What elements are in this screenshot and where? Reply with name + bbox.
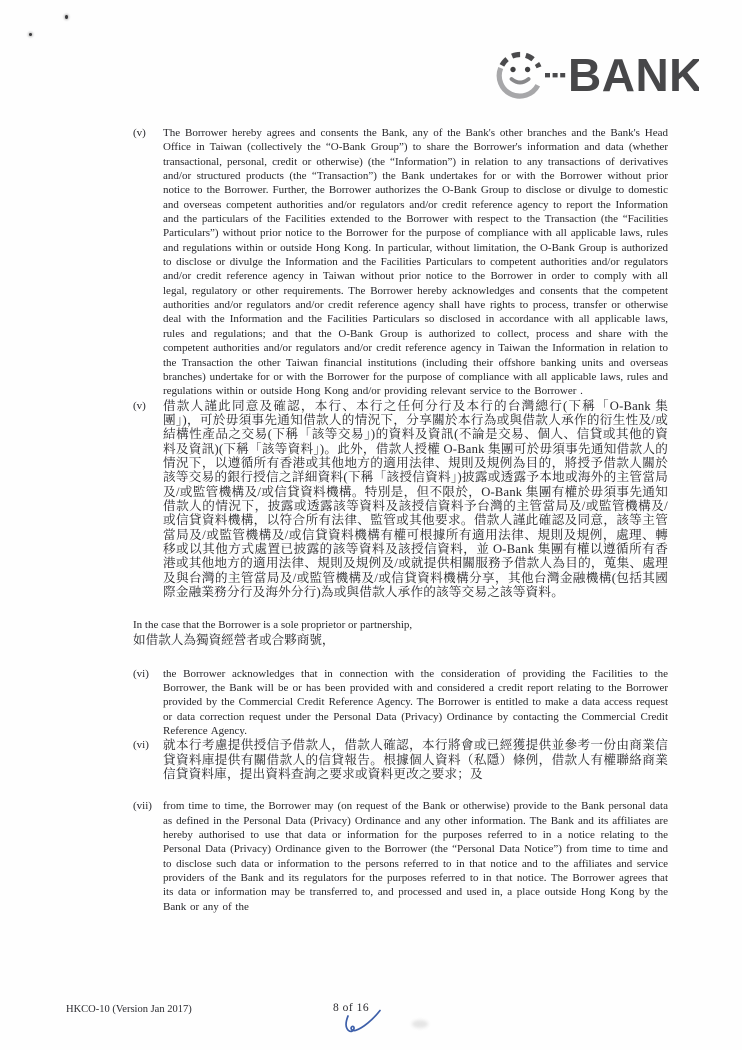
scan-smudge: [412, 1020, 428, 1028]
scan-speck: [65, 15, 68, 19]
clause-text: 就本行考慮提供授信予借款人，借款人確認，本行將會或已經獲提供並參考一份由商業信貸…: [163, 738, 668, 781]
obank-logo: BANK: [494, 44, 699, 104]
interlude-en-line: In the case that the Borrower is a sole …: [133, 618, 668, 633]
clause-vi-zh: (vi) 就本行考慮提供授信予借款人，借款人確認，本行將會或已經獲提供並參考一份…: [133, 738, 668, 781]
clause-marker: (v): [133, 126, 163, 140]
clause-v-en: (v) The Borrower hereby agrees and conse…: [133, 126, 668, 399]
document-page: BANK (v) The Borrower hereby agrees and …: [0, 0, 742, 1050]
scan-speck: [29, 33, 32, 36]
clause-text: the Borrower acknowledges that in connec…: [163, 667, 668, 739]
clause-vii-en: (vii) from time to time, the Borrower ma…: [133, 799, 668, 914]
brand-text: BANK: [568, 49, 699, 101]
clause-marker: (v): [133, 399, 163, 413]
pen-squiggle-icon: [336, 1006, 398, 1044]
clause-marker: (vii): [133, 799, 163, 813]
clause-text: The Borrower hereby agrees and consents …: [163, 126, 668, 399]
clause-v-zh: (v) 借款人謹此同意及確認，本行、本行之任何分行及本行的台灣總行(下稱「O-B…: [133, 399, 668, 600]
clause-text: from time to time, the Borrower may (on …: [163, 799, 668, 914]
clause-vi-en: (vi) the Borrower acknowledges that in c…: [133, 667, 668, 739]
doc-ref: HKCO-10 (Version Jan 2017): [66, 1004, 192, 1015]
clause-marker: (vi): [133, 738, 163, 752]
smiley-icon: BANK: [494, 44, 699, 104]
clause-marker: (vi): [133, 667, 163, 681]
clause-text: 借款人謹此同意及確認，本行、本行之任何分行及本行的台灣總行(下稱「O-Bank …: [163, 399, 668, 600]
document-body: (v) The Borrower hereby agrees and conse…: [133, 126, 668, 914]
interlude-zh-line: 如借款人為獨資經營者或合夥商號，: [133, 633, 668, 648]
interlude: In the case that the Borrower is a sole …: [133, 618, 668, 647]
